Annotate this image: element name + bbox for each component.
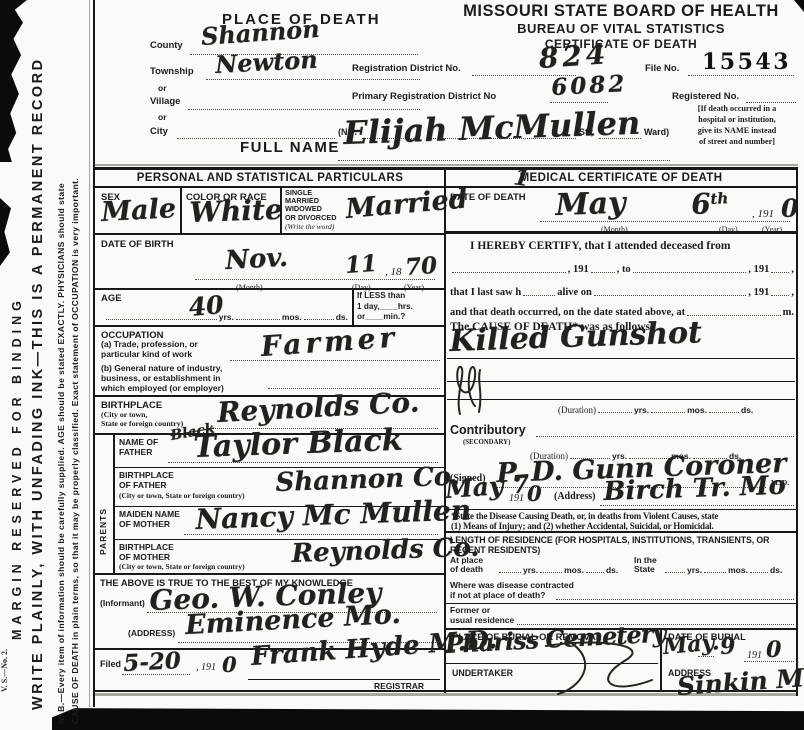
signature-flourish	[540, 636, 660, 698]
filed-year-handwriting: 0	[222, 652, 237, 677]
color-race-value-handwriting: White	[189, 193, 283, 229]
death-month-handwriting: May	[555, 186, 626, 223]
medical-certificate-title: MEDICAL CERTIFICATE OF DEATH	[445, 172, 797, 184]
former-residence-label: Former or usual residence	[450, 606, 514, 625]
margin-nb-line1: N. B.—Every item of information should b…	[56, 8, 68, 724]
secondary-caption: (SECONDARY)	[463, 439, 510, 446]
birth-day-handwriting: 11	[344, 250, 378, 279]
disease-contracted-label: Where was disease contracted if not at p…	[450, 581, 574, 600]
residence-in-state-units: yrs. mos. ds.	[663, 562, 794, 575]
certify-blank-line-2: that I last saw h alive on , 191 ,	[450, 283, 794, 298]
date-of-birth-label: DATE OF BIRTH	[101, 239, 174, 250]
rule	[688, 75, 794, 76]
rule	[445, 509, 797, 510]
rule	[651, 412, 685, 413]
margin-binding-text: MARGIN RESERVED FOR BINDING	[10, 84, 27, 640]
sex-value-handwriting: Male	[100, 193, 176, 228]
rule	[188, 109, 420, 110]
in-the-state-label: In the State	[634, 556, 657, 574]
rule	[598, 412, 632, 413]
ward-label: Ward)	[644, 127, 669, 137]
certify-line: I HEREBY CERTIFY, that I attended deceas…	[470, 240, 731, 252]
rule	[633, 272, 747, 273]
undertaker-label: UNDERTAKER	[452, 668, 513, 678]
primary-registration-value-handwriting: 6082	[551, 70, 628, 101]
rule	[556, 599, 794, 600]
father-birthplace-label: BIRTHPLACE OF FATHER	[119, 471, 174, 491]
rule	[280, 186, 282, 233]
mother-birthplace-label: BIRTHPLACE OF MOTHER	[119, 543, 174, 563]
mother-birthplace-sub-label: (City or town, State or foreign country)	[119, 562, 245, 571]
rule	[771, 272, 789, 273]
rule	[248, 679, 440, 680]
board-title: MISSOURI STATE BOARD OF HEALTH	[445, 2, 797, 21]
cause-footnote: *State the Disease Causing Death, or, in…	[451, 511, 718, 531]
burial-year-handwriting: 0	[766, 637, 781, 663]
rule	[304, 319, 334, 320]
margin-permanent-text: WRITE PLAINLY, WITH UNFADING INK—THIS IS…	[30, 10, 51, 710]
marital-write-word-caption: (Write the word)	[285, 222, 334, 231]
birth-year-handwriting: 70	[404, 252, 438, 281]
signed-year-handwriting: 0	[527, 481, 542, 506]
full-name-value-handwriting: Elijah McMullen	[343, 104, 641, 152]
rule	[338, 160, 670, 161]
form-number-vertical: V. S.—No. 2.	[0, 596, 10, 692]
contributory-label: Contributory	[450, 423, 526, 437]
rule	[95, 288, 445, 290]
registrar-label: REGISTRAR	[374, 681, 424, 691]
rule	[704, 572, 726, 573]
rule	[95, 167, 798, 170]
registration-district-value-handwriting: 824	[538, 37, 611, 75]
township-label: Township	[150, 66, 194, 77]
residence-at-place-units: yrs. mos. ds.	[497, 562, 627, 575]
city-label: City	[150, 126, 168, 137]
certify-blank-line-3: and that death occurred, on the date sta…	[450, 303, 794, 318]
full-name-label: FULL NAME	[240, 139, 340, 156]
rule	[594, 295, 746, 296]
township-value-handwriting: Newton	[214, 45, 318, 79]
rule	[206, 79, 420, 80]
primary-registration-label: Primary Registration District No	[352, 91, 496, 102]
rule	[444, 167, 446, 693]
file-no-label: File No.	[645, 63, 679, 74]
rule	[352, 288, 354, 325]
rule	[536, 436, 794, 437]
rule	[586, 572, 604, 573]
rule	[750, 572, 768, 573]
certify-blank-line-1: , 191 , to , 191 ,	[450, 260, 794, 275]
parents-group-label: PARENTS	[98, 455, 108, 555]
birthplace-sub-label: (City or town, State or foreign country)	[101, 410, 183, 428]
rule	[122, 674, 190, 675]
rule	[95, 573, 445, 575]
filed-label: Filed	[100, 659, 121, 669]
father-name-value-handwriting: Taylor Black	[193, 423, 403, 465]
hospital-note: [If death occurred in a hospital or inst…	[676, 103, 798, 147]
rule	[447, 381, 795, 382]
registered-no-label: Registered No.	[672, 91, 739, 102]
or-label: or	[158, 83, 167, 93]
ds-label: ds.	[336, 312, 348, 322]
registration-district-label: Registration District No.	[352, 63, 461, 74]
age-less-than-day-label: If LESS than 1 day,____hrs. or____min.?	[357, 291, 413, 323]
burial-year-printed: 191	[747, 650, 762, 661]
mother-maiden-name-label: MAIDEN NAME OF MOTHER	[119, 510, 180, 530]
ink-scribble	[450, 362, 494, 418]
or-label: or	[158, 112, 167, 122]
rule	[236, 319, 280, 320]
date-of-death-label: DATE OF DEATH	[450, 192, 526, 203]
yrs-label: yrs.	[219, 312, 234, 322]
burial-day-handwriting: 9	[719, 633, 736, 660]
rule	[180, 186, 182, 233]
rule	[89, 0, 90, 707]
length-of-residence-title: LENGTH OF RESIDENCE (FOR HOSPITALS, INST…	[450, 535, 769, 555]
at-place-of-death-label: At place of death	[450, 556, 483, 574]
cause-of-death-value-handwriting: Killed Gunshot	[449, 315, 703, 359]
rule	[445, 531, 797, 533]
rule	[445, 231, 797, 234]
rule	[550, 102, 608, 103]
village-label: Village	[150, 96, 180, 107]
father-name-label: NAME OF FATHER	[119, 438, 158, 458]
filed-date-handwriting: 5-20	[123, 647, 182, 677]
informant-address-label: (ADDRESS)	[128, 628, 175, 638]
death-year-printed: , 191	[752, 208, 774, 220]
bureau-title: BUREAU OF VITAL STATISTICS	[445, 21, 797, 36]
rule	[771, 295, 789, 296]
marital-status-label: SINGLE MARRIED WIDOWED OR DIVORCED	[285, 189, 337, 222]
rule	[95, 233, 445, 235]
personal-particulars-title: PERSONAL AND STATISTICAL PARTICULARS	[95, 172, 445, 184]
rule	[95, 186, 445, 188]
rule	[93, 0, 95, 707]
father-birthplace-value-handwriting: Shannon Co.	[275, 462, 460, 498]
rule	[523, 295, 555, 296]
rule	[452, 272, 566, 273]
birth-year-printed: , 18	[385, 266, 402, 278]
rule	[540, 572, 562, 573]
rule	[113, 433, 115, 573]
signed-address-label: (Address)	[554, 491, 595, 502]
rule	[499, 572, 521, 573]
occupation-a-label: (a) Trade, profession, or particular kin…	[101, 340, 198, 360]
informant-label: (Informant)	[100, 598, 145, 608]
scan-bottom-bar	[52, 707, 804, 730]
rule	[665, 572, 685, 573]
mos-label: mos.	[282, 312, 302, 322]
rule	[591, 272, 615, 273]
rule	[106, 319, 217, 320]
rule	[447, 358, 795, 359]
rule	[709, 412, 739, 413]
signed-year-printed: 191	[509, 493, 524, 504]
rule	[447, 399, 795, 400]
county-label: County	[150, 40, 183, 51]
file-no-stamp: 15543	[702, 49, 791, 75]
duration-line: (Duration) yrs. mos. ds.	[558, 402, 794, 415]
rule	[445, 603, 797, 604]
rule	[95, 164, 798, 166]
filed-year-printed: , 191	[196, 662, 216, 673]
rule	[195, 279, 435, 280]
marital-value-handwriting: Married	[344, 183, 468, 225]
rule	[698, 656, 714, 657]
age-label: AGE	[101, 293, 122, 304]
death-certificate-scan: V. S.—No. 2. MARGIN RESERVED FOR BINDING…	[0, 0, 804, 730]
death-day-handwriting: 6th	[690, 186, 729, 221]
margin-nb-line2: CAUSE OF DEATH in plain terms, so that i…	[70, 8, 82, 724]
age-units-line: yrs. mos. ds.	[104, 308, 348, 322]
occupation-b-label: (b) General nature of industry, business…	[101, 364, 224, 393]
father-birthplace-sub-label: (City or town, State or foreign country)	[119, 491, 245, 500]
rule	[744, 661, 794, 662]
birth-month-handwriting: Nov.	[224, 243, 288, 276]
death-year-handwriting: 0	[781, 194, 798, 223]
signed-address-value-handwriting: Birch Tr. Mo	[603, 471, 786, 507]
rule	[796, 167, 798, 696]
